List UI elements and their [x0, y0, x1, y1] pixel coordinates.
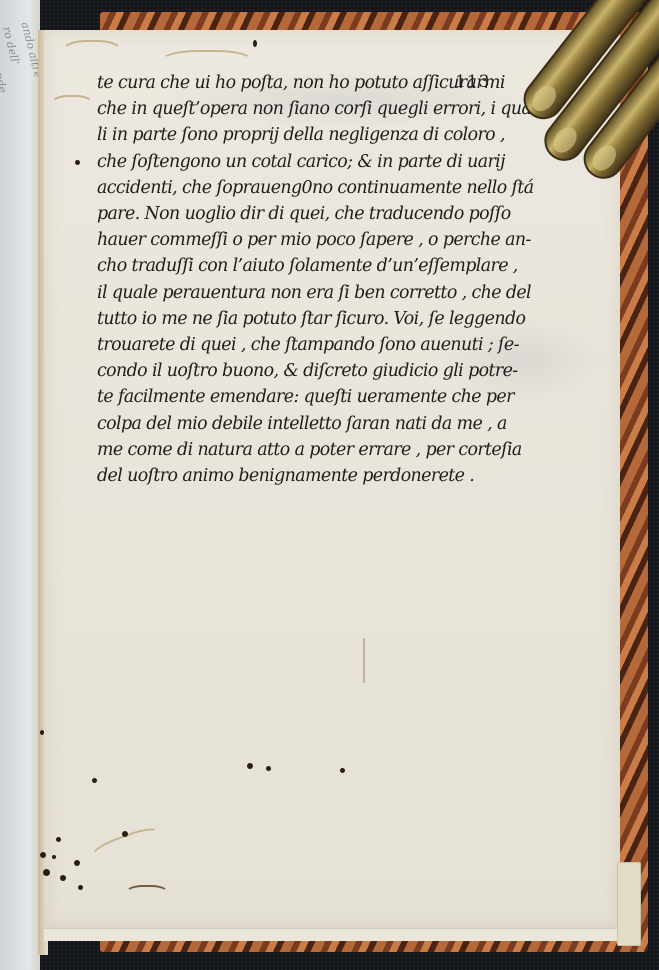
text-line: trouarete di quei , che ſtampando ſono a… [97, 332, 567, 358]
text-line: hauer commeſſi o per mio poco ſapere , o… [97, 227, 567, 253]
wormhole [74, 860, 80, 866]
text-line: te cura che ui ho poſta, non ho potuto a… [97, 70, 567, 96]
text-line: il quale perauentura non era ſi ben corr… [97, 280, 567, 306]
wormhole [40, 730, 44, 735]
wormhole [40, 852, 46, 858]
text-line: pare. Non uoglio dir di quei, che traduc… [97, 201, 567, 227]
left-page-bleed-text: ando altre ro dell' alla grande ; cio ne… [0, 20, 40, 139]
text-line: che ſoſtengono un cotal carico; & in par… [97, 149, 567, 175]
wormhole [253, 40, 257, 47]
page-bottom-edge [44, 928, 629, 941]
text-line: tutto io me ne ſia potuto ſtar ſicuro. V… [97, 306, 567, 332]
worm-trail-left [50, 95, 94, 119]
left-facing-page: ando altre ro dell' alla grande ; cio ne… [0, 0, 40, 970]
worm-trail-top-left [60, 40, 124, 74]
text-line: te facilmente emendare: queſti ueramente… [97, 384, 567, 410]
text-line: cho traduſſi con l’aiuto ſolamente d’un’… [97, 253, 567, 279]
text-line: che in queſt’opera non ſiano corſi quegl… [97, 96, 567, 122]
text-line: condo il uoſtro buono, & diſcreto giudic… [97, 358, 567, 384]
wormhole [56, 837, 61, 842]
text-line: li in parte ſono proprij della negligenz… [97, 122, 567, 148]
wormhole [340, 768, 345, 773]
worm-trail-bottom [125, 885, 169, 905]
page-text: te cura che ui ho poſta, non ho potuto a… [97, 70, 567, 489]
wormhole [43, 869, 50, 876]
wormhole [75, 160, 80, 165]
text-line: me come di natura atto a poter errare , … [97, 437, 567, 463]
wormhole [60, 875, 66, 881]
wormhole [78, 885, 83, 890]
text-line: accidenti, che ſopraueng0no continuament… [97, 175, 567, 201]
wormhole [122, 831, 128, 837]
wormhole [92, 778, 97, 783]
text-line: del uoſtro animo benignamente perdoneret… [97, 463, 567, 489]
wormhole [247, 763, 253, 769]
vellum-corner-tab [617, 862, 641, 946]
ink-mark [363, 638, 365, 683]
text-line: colpa del mio debile intelletto ſaran na… [97, 411, 567, 437]
wormhole [52, 855, 56, 859]
wormhole [266, 766, 271, 771]
